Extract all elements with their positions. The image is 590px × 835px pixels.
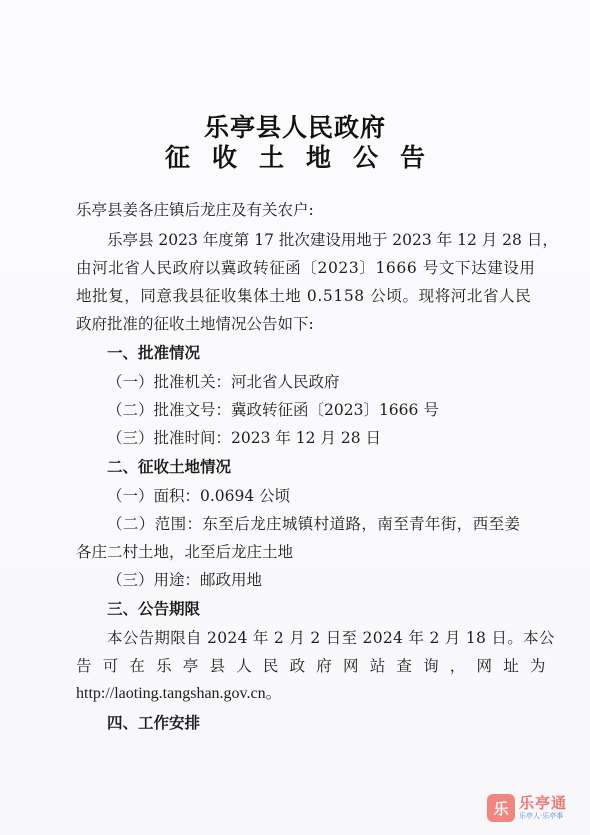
app-watermark: 乐 乐亭通 乐亭人·乐亭事 [487, 790, 587, 826]
intro-line-3: 地批复，同意我县征收集体土地 0.5158 公顷。现将河北省人民 [76, 286, 531, 306]
land-boundary-line-1: （二）范围：东至后龙庄城镇村道路，南至青年街，西至姜 [107, 514, 520, 534]
app-logo-icon: 乐 [487, 794, 515, 822]
period-line-1: 本公告期限自 2024 年 2 月 2 日至 2024 年 2 月 18 日。本… [107, 628, 555, 648]
section-heading-land: 二、征收土地情况 [107, 457, 231, 477]
approval-date: （三）批准时间：2023 年 12 月 28 日 [107, 428, 381, 448]
period-line-2: 告可在乐亭县人民政府网站查询，网址为 [76, 656, 557, 676]
section-heading-period: 三、公告期限 [107, 599, 200, 619]
section-heading-approval: 一、批准情况 [107, 343, 200, 363]
land-area: （一）面积：0.0694 公顷 [107, 486, 290, 506]
watermark-slogan: 乐亭人·乐亭事 [519, 812, 567, 821]
section-heading-work: 四、工作安排 [107, 713, 200, 733]
land-use: （三）用途：邮政用地 [107, 570, 262, 590]
salutation: 乐亭县姜各庄镇后龙庄及有关农户: [76, 200, 314, 220]
intro-line-2: 由河北省人民政府以冀政转征函〔2023〕1666 号文下达建设用 [76, 258, 536, 278]
watermark-name: 乐亭通 [519, 795, 567, 812]
land-boundary-line-2: 各庄二村土地，北至后龙庄土地 [76, 542, 293, 562]
intro-line-1: 乐亭县 2023 年度第 17 批次建设用地于 2023 年 12 月 28 日… [107, 230, 558, 250]
approval-doc-number: （二）批准文号：冀政转征函〔2023〕1666 号 [107, 400, 439, 420]
intro-line-4: 政府批准的征收土地情况公告如下: [76, 314, 314, 334]
notice-title: 征收土地公告 [0, 138, 590, 174]
website-url[interactable]: http://laoting.tangshan.gov.cn。 [76, 684, 282, 704]
document-page: 乐亭县人民政府 征收土地公告 乐亭县姜各庄镇后龙庄及有关农户: 乐亭县 2023… [0, 0, 590, 835]
approval-authority: （一）批准机关：河北省人民政府 [107, 372, 340, 392]
